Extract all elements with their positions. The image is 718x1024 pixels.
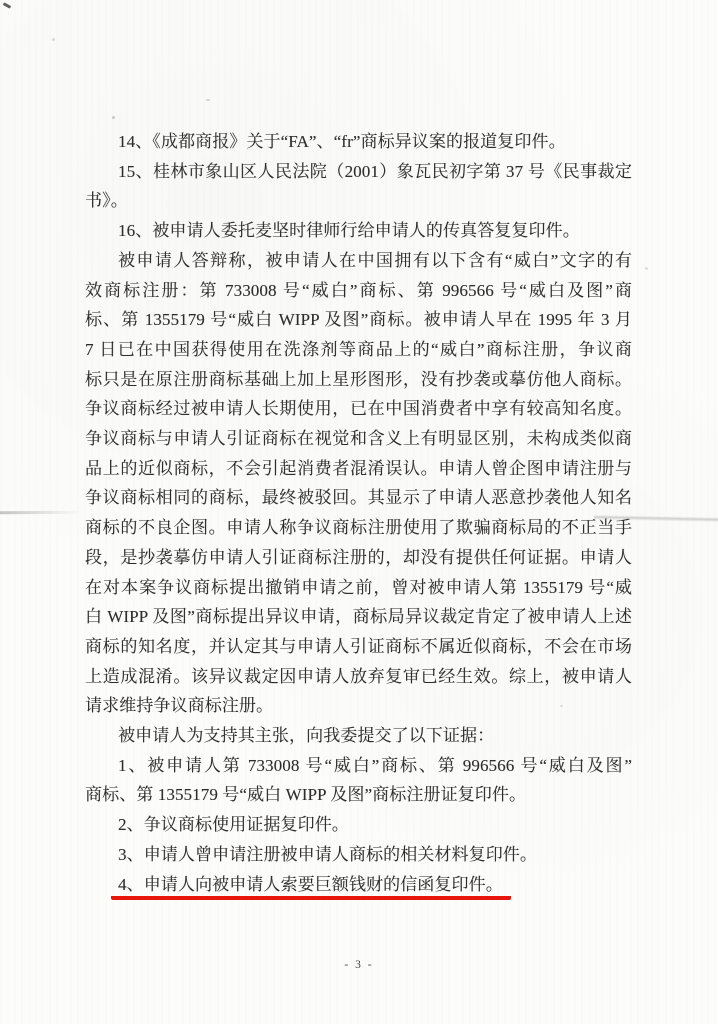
- document-line: 2、争议商标使用证据复印件。: [85, 810, 632, 840]
- document-line: 段，是抄袭摹仿申请人引证商标注册的，却没有提供任何证据。申请人: [85, 543, 632, 573]
- document-line: 商标的知名度，并认定其与申请人引证商标不属近似商标，不会在市场: [85, 632, 632, 662]
- line-text: 3、申请人曾申请注册被申请人商标的相关材料复印件。: [118, 845, 537, 864]
- scan-crease-left: [0, 511, 82, 515]
- line-text: 争议商标经过被申请人长期使用，已在中国消费者中享有较高知名度。: [85, 399, 632, 418]
- document-line: 白 WIPP 及图”商标提出异议申请，商标局异议裁定肯定了被申请人上述: [85, 602, 632, 632]
- scan-speck: [52, 38, 55, 41]
- line-text: 白 WIPP 及图”商标提出异议申请，商标局异议裁定肯定了被申请人上述: [85, 607, 632, 626]
- line-text: 争议商标与申请人引证商标在视觉和含义上有明显区别，未构成类似商: [85, 429, 632, 448]
- line-text: 争议商标相同的商标，最终被驳回。其显示了申请人恶意抄袭他人知名: [85, 488, 632, 507]
- document-line: 7 日已在中国获得使用在洗涤剂等商品上的“威白”商标注册，争议商: [85, 335, 632, 365]
- scanned-document-page: 14、《成都商报》关于“FA”、“fr”商标异议案的报道复印件。 15、桂林市象…: [0, 0, 718, 1024]
- line-text: 16、被申请人委托麦坚时律师行给申请人的传真答复复印件。: [118, 221, 580, 240]
- document-body: 14、《成都商报》关于“FA”、“fr”商标异议案的报道复印件。 15、桂林市象…: [85, 127, 632, 899]
- line-text: 在对本案争议商标提出撤销申请之前，曾对被申请人第 1355179 号“威: [85, 578, 632, 597]
- scan-speck: [112, 116, 115, 119]
- document-line: 请求维持争议商标注册。: [85, 691, 632, 721]
- line-text: 14、《成都商报》关于“FA”、“fr”商标异议案的报道复印件。: [118, 132, 566, 151]
- line-text: 标、第 1355179 号“威白 WIPP 及图”商标。被申请人早在 1995 …: [85, 310, 632, 329]
- document-line: 15、桂林市象山区人民法院（2001）象瓦民初字第 37 号《民事裁定: [85, 157, 632, 187]
- scan-speck: [206, 99, 210, 101]
- document-line: 品上的近似商标，不会引起消费者混淆误认。申请人曾企图申请注册与: [85, 454, 632, 484]
- document-line: 争议商标经过被申请人长期使用，已在中国消费者中享有较高知名度。: [85, 394, 632, 424]
- line-text: 标只是在原注册商标基础上加上星形图形，没有抄袭或摹仿他人商标。: [85, 370, 632, 389]
- red-underlined-text: 4、申请人向被申请人索要巨额钱财的信函复印件。: [111, 875, 511, 900]
- line-text: 被申请人答辩称，被申请人在中国拥有以下含有“威白”文字的有: [118, 251, 632, 270]
- line-text: 7 日已在中国获得使用在洗涤剂等商品上的“威白”商标注册，争议商: [85, 340, 632, 359]
- line-text: 1、被申请人第 733008 号“威白”商标、第 996566 号“威白及图”: [118, 756, 632, 775]
- line-text: 商标的知名度，并认定其与申请人引证商标不属近似商标，不会在市场: [85, 637, 632, 656]
- document-line: 商标的不良企图。申请人称争议商标注册使用了欺骗商标局的不正当手: [85, 513, 632, 543]
- document-line: 争议商标与申请人引证商标在视觉和含义上有明显区别，未构成类似商: [85, 424, 632, 454]
- line-text: 段，是抄袭摹仿申请人引证商标注册的，却没有提供任何证据。申请人: [85, 548, 632, 567]
- line-text: 15、桂林市象山区人民法院（2001）象瓦民初字第 37 号《民事裁定: [118, 162, 632, 181]
- line-text: 被申请人为支持其主张，向我委提交了以下证据：: [118, 726, 494, 745]
- document-line: 上造成混淆。该异议裁定因申请人放弃复审已经生效。综上，被申请人: [85, 662, 632, 692]
- line-text: 品上的近似商标，不会引起消费者混淆误认。申请人曾企图申请注册与: [85, 459, 632, 478]
- document-line: 效商标注册：第 733008 号“威白”商标、第 996566 号“威白及图”商: [85, 276, 632, 306]
- document-line: 被申请人答辩称，被申请人在中国拥有以下含有“威白”文字的有: [85, 246, 632, 276]
- document-line: 14、《成都商报》关于“FA”、“fr”商标异议案的报道复印件。: [85, 127, 632, 157]
- scan-speck: [645, 267, 648, 270]
- document-line: 16、被申请人委托麦坚时律师行给申请人的传真答复复印件。: [85, 216, 632, 246]
- document-line: 标、第 1355179 号“威白 WIPP 及图”商标。被申请人早在 1995 …: [85, 305, 632, 335]
- page-number: - 3 -: [0, 959, 718, 971]
- document-line: 1、被申请人第 733008 号“威白”商标、第 996566 号“威白及图”: [85, 751, 632, 781]
- document-line: 在对本案争议商标提出撤销申请之前，曾对被申请人第 1355179 号“威: [85, 573, 632, 603]
- line-text: 商标的不良企图。申请人称争议商标注册使用了欺骗商标局的不正当手: [85, 518, 632, 537]
- line-text: 请求维持争议商标注册。: [85, 696, 273, 715]
- line-text: 上造成混淆。该异议裁定因申请人放弃复审已经生效。综上，被申请人: [85, 667, 632, 686]
- document-line: 3、申请人曾申请注册被申请人商标的相关材料复印件。: [85, 840, 632, 870]
- document-line: 4、申请人向被申请人索要巨额钱财的信函复印件。: [85, 870, 632, 900]
- line-text: 2、争议商标使用证据复印件。: [118, 815, 349, 834]
- document-line: 商标、第 1355179 号“威白 WIPP 及图”商标注册证复印件。: [85, 780, 632, 810]
- document-line: 被申请人为支持其主张，向我委提交了以下证据：: [85, 721, 632, 751]
- line-text: 书》。: [85, 191, 128, 210]
- document-line: 书》。: [85, 186, 632, 216]
- line-text: 商标、第 1355179 号“威白 WIPP 及图”商标注册证复印件。: [85, 785, 526, 804]
- document-line: 争议商标相同的商标，最终被驳回。其显示了申请人恶意抄袭他人知名: [85, 483, 632, 513]
- line-text: 效商标注册：第 733008 号“威白”商标、第 996566 号“威白及图”商: [85, 281, 632, 300]
- scan-speck: [3, 2, 11, 8]
- document-line: 标只是在原注册商标基础上加上星形图形，没有抄袭或摹仿他人商标。: [85, 365, 632, 395]
